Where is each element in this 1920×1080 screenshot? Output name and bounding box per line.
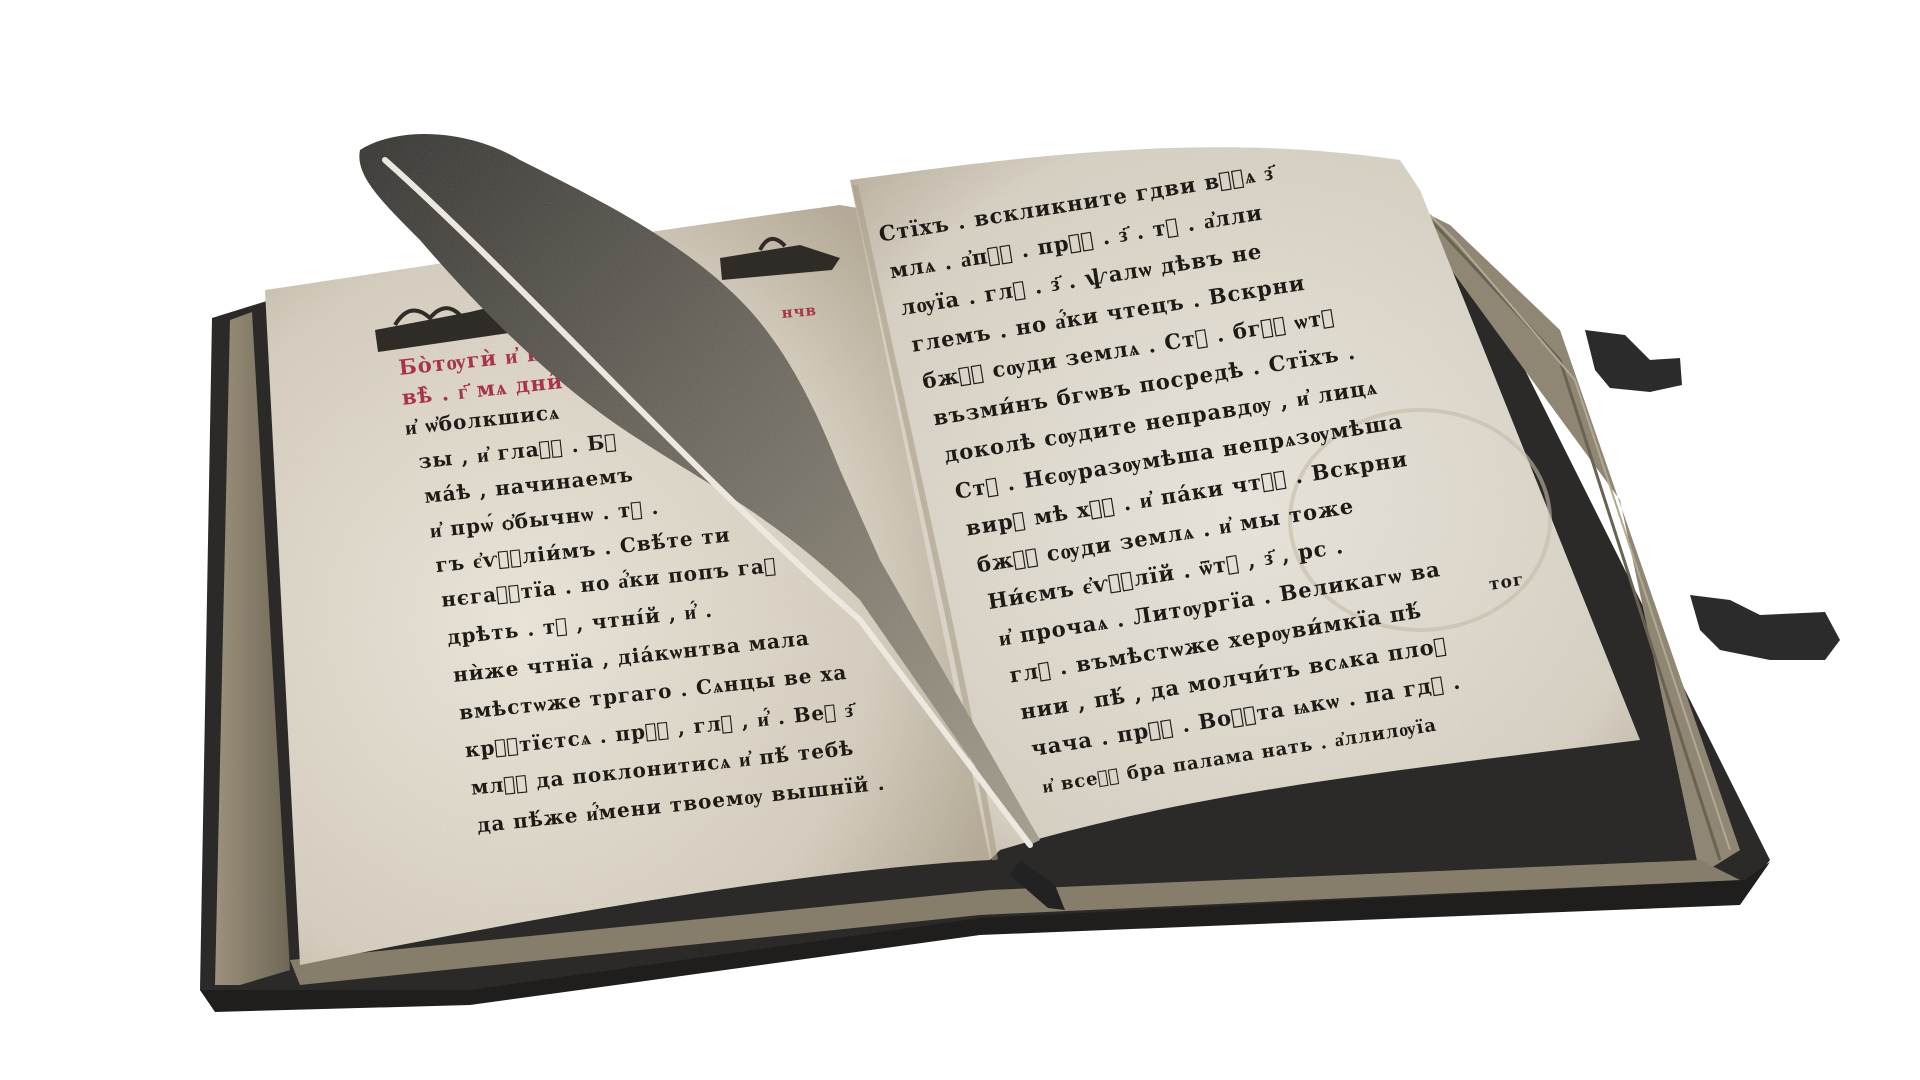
clasp-upper: [1585, 330, 1682, 392]
page-number: нчв: [781, 301, 818, 322]
clasp-lower: [1690, 595, 1840, 660]
book-photo-scene: нчв Бо̀тѹгѝ и҆ нⷬ вѣ̀ . г҃ мѧ дни̑ и҆ ѡ҆…: [0, 0, 1920, 1080]
